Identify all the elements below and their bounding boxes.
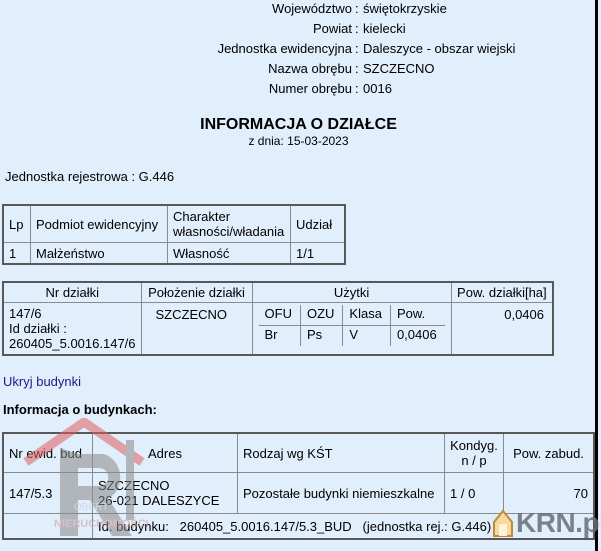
header-row-county: Powiat : kielecki	[0, 20, 600, 40]
table-row: 1 Małżeństwo Własność 1/1	[3, 243, 345, 265]
header-label: Województwo	[0, 0, 352, 18]
uses-header-area: Pow.	[390, 305, 444, 326]
uses-header-ozu: OZU	[300, 305, 342, 326]
parcel-id-label: Id działki :	[9, 321, 136, 336]
table-header-row: Lp Podmiot ewidencyjny Charakter własnoś…	[3, 205, 345, 243]
address-line1: SZCZECNO	[98, 478, 232, 493]
page-title: INFORMACJA O DZIAŁCE	[0, 116, 597, 134]
cell-uses: OFU OZU Klasa Pow. Br Ps V 0,0406	[252, 303, 451, 356]
uses-header-row: OFU OZU Klasa Pow.	[259, 305, 445, 326]
header-built-area: Pow. zabud.	[504, 433, 595, 473]
cell-location: SZCZECNO	[141, 303, 252, 356]
table-row: 147/6 Id działki : 260405_5.0016.147/6 S…	[3, 303, 553, 356]
uses-class: V	[343, 326, 391, 347]
buildings-table: Nr ewid. bud Adres Rodzaj wg KŚT Kondyg.…	[2, 432, 595, 540]
header-separator: :	[355, 60, 359, 78]
uses-header-ofu: OFU	[259, 305, 301, 326]
header-building-number: Nr ewid. bud	[3, 433, 93, 473]
header-uses: Użytki	[252, 282, 451, 303]
cell-share: 1/1	[291, 243, 346, 265]
header-entity: Podmiot ewidencyjny	[31, 205, 168, 243]
header-label: Nazwa obrębu	[0, 60, 352, 78]
header-storeys: Kondyg. n / p	[445, 433, 504, 473]
uses-row: Br Ps V 0,0406	[259, 326, 445, 347]
header-address: Adres	[93, 433, 238, 473]
header-parcel-number: Nr działki	[3, 282, 141, 303]
cell-type: Pozostałe budynki niemieszkalne	[238, 473, 445, 514]
table-header-row: Nr ewid. bud Adres Rodzaj wg KŚT Kondyg.…	[3, 433, 594, 473]
header-row-voivodeship: Województwo : świętokrzyskie	[0, 0, 600, 20]
table-row: 147/5.3 SZCZECNO 26-021 DALESZYCE Pozost…	[3, 473, 594, 514]
cell-built-area: 70	[504, 473, 595, 514]
header-value: 0016	[363, 80, 392, 98]
table-footer-row: Id. budynku: 260405_5.0016.147/5.3_BUD (…	[3, 514, 594, 540]
header-value: kielecki	[363, 20, 406, 38]
cell-storeys: 1 / 0	[445, 473, 504, 514]
uses-header-class: Klasa	[343, 305, 391, 326]
building-id: Id. budynku: 260405_5.0016.147/5.3_BUD (…	[93, 514, 595, 540]
cell-ownership: Własność	[168, 243, 291, 265]
address-line2: 26-021 DALESZYCE	[98, 493, 232, 508]
parcel-table: Nr działki Położenie działki Użytki Pow.…	[2, 281, 554, 356]
header-ownership: Charakter własności/władania	[168, 205, 291, 243]
header-type: Rodzaj wg KŚT	[238, 433, 445, 473]
table-header-row: Nr działki Położenie działki Użytki Pow.…	[3, 282, 553, 303]
date-line: z dnia: 15-03-2023	[0, 134, 597, 148]
header-row-precinct-name: Nazwa obrębu : SZCZECNO	[0, 60, 600, 80]
cell-address: SZCZECNO 26-021 DALESZYCE	[93, 473, 238, 514]
cell-lp: 1	[3, 243, 31, 265]
header-separator: :	[355, 20, 359, 38]
header-storeys-text: Kondyg. n / p	[450, 438, 498, 468]
cell-building-number: 147/5.3	[3, 473, 93, 514]
header-row-unit: Jednostka ewidencyjna : Daleszyce - obsz…	[0, 40, 600, 60]
header-value: SZCZECNO	[363, 60, 435, 78]
uses-area: 0,0406	[390, 326, 444, 347]
header-label: Numer obrębu	[0, 80, 352, 98]
cell-parcel-number: 147/6 Id działki : 260405_5.0016.147/6	[3, 303, 141, 356]
buildings-heading: Informacja o budynkach:	[3, 402, 157, 417]
header-area: Pow. działki[ha]	[451, 282, 553, 303]
cell-area: 0,0406	[451, 303, 553, 356]
registry-unit: Jednostka rejestrowa : G.446	[5, 169, 174, 184]
header-separator: :	[355, 80, 359, 98]
parcel-number: 147/6	[9, 306, 136, 321]
header-location: Położenie działki	[141, 282, 252, 303]
header-row-precinct-number: Numer obrębu : 0016	[0, 80, 600, 100]
cell-empty	[3, 514, 93, 540]
header-share: Udział	[291, 205, 346, 243]
header-separator: :	[355, 40, 359, 58]
header-label: Jednostka ewidencyjna	[0, 40, 352, 58]
cell-entity: Małżeństwo	[31, 243, 168, 265]
parcel-id: 260405_5.0016.147/6	[9, 336, 136, 351]
header-value: świętokrzyskie	[363, 0, 447, 18]
uses-ofu: Br	[259, 326, 301, 347]
hide-buildings-link[interactable]: Ukryj budynki	[3, 374, 81, 389]
header-label: Powiat	[0, 20, 352, 38]
uses-ozu: Ps	[300, 326, 342, 347]
uses-table: OFU OZU Klasa Pow. Br Ps V 0,0406	[259, 305, 445, 346]
header-value: Daleszyce - obszar wiejski	[363, 40, 515, 58]
header-lp: Lp	[3, 205, 31, 243]
owners-table: Lp Podmiot ewidencyjny Charakter własnoś…	[2, 204, 346, 265]
header-separator: :	[355, 0, 359, 18]
